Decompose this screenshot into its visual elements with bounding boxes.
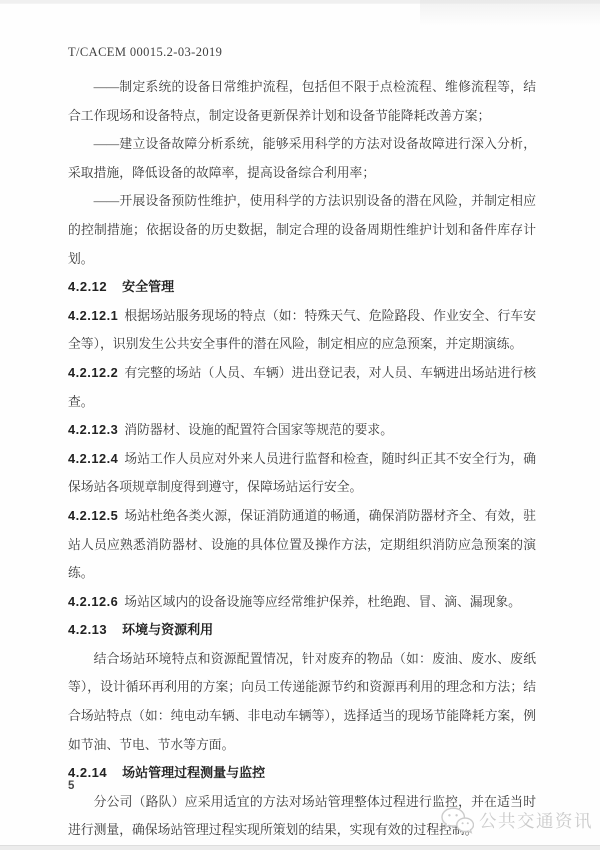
clause-paragraph: 4.2.12.5场站杜绝各类火源，保证消防通道的畅通，确保消防器材齐全、有效，驻…: [68, 502, 536, 588]
clause-text: 消防器材、设施的配置符合国家等规范的要求。: [124, 423, 393, 437]
watermark-label: 公共交通资讯: [479, 808, 593, 833]
section-number: 4.2.12: [68, 279, 107, 294]
clause-number: 4.2.12.6: [68, 594, 118, 609]
clause-number: 4.2.12.1: [68, 308, 118, 323]
document-page: T/CACEM 00015.2-03-2019 ——制定系统的设备日常维护流程，…: [0, 0, 600, 850]
clause-number: 4.2.12.3: [68, 422, 118, 437]
body-paragraph: 结合场站环境特点和资源配置情况，针对废弃的物品（如：废油、废水、废纸等），设计循…: [68, 645, 536, 759]
clause-number: 4.2.12.2: [68, 365, 118, 380]
page-number: 5: [68, 780, 74, 792]
section-title: 安全管理: [122, 279, 174, 294]
clause-paragraph: 4.2.12.4场站工作人员应对外来人员进行监督和检查，随时纠正其不安全行为，确…: [68, 445, 536, 502]
section-number: 4.2.13: [68, 622, 107, 637]
clause-text: 场站杜绝各类火源，保证消防通道的畅通，确保消防器材齐全、有效，驻站人员应熟悉消防…: [68, 509, 536, 580]
wechat-icon: [440, 806, 474, 835]
document-content: T/CACEM 00015.2-03-2019 ——制定系统的设备日常维护流程，…: [0, 0, 600, 845]
clause-paragraph: 4.2.12.6场站区域内的设备设施等应经常维护保养，杜绝跑、冒、滴、漏现象。: [68, 588, 536, 617]
section-heading: 4.2.14场站管理过程测量与监控: [68, 759, 536, 788]
dash-list-item: ——开展设备预防性维护，使用科学的方法识别设备的潜在风险，并制定相应的控制措施；…: [68, 187, 536, 273]
clause-paragraph: 4.2.12.1根据场站服务现场的特点（如：特殊天气、危险路段、作业安全、行车安…: [68, 302, 536, 359]
section-title: 环境与资源利用: [122, 622, 213, 637]
clause-number: 4.2.12.4: [68, 451, 118, 466]
clause-paragraph: 4.2.12.2有完整的场站（人员、车辆）进出登记表，对人员、车辆进出场站进行核…: [68, 359, 536, 416]
clause-text: 有完整的场站（人员、车辆）进出登记表，对人员、车辆进出场站进行核查。: [68, 366, 536, 409]
clause-text: 场站工作人员应对外来人员进行监督和检查，随时纠正其不安全行为，确保场站各项规章制…: [68, 452, 536, 495]
section-heading: 4.2.13环境与资源利用: [68, 616, 536, 645]
section-heading: 4.2.12安全管理: [68, 273, 536, 302]
section-number: 4.2.14: [68, 765, 107, 780]
scan-edge-bottom: [0, 845, 600, 850]
clause-text: 场站区域内的设备设施等应经常维护保养，杜绝跑、冒、滴、漏现象。: [124, 595, 521, 609]
clause-number: 4.2.12.5: [68, 508, 118, 523]
dash-list-item: ——制定系统的设备日常维护流程，包括但不限于点检流程、维修流程等，结合工作现场和…: [68, 73, 536, 130]
clause-paragraph: 4.2.12.3消防器材、设施的配置符合国家等规范的要求。: [68, 416, 536, 445]
dash-list-item: ——建立设备故障分析系统，能够采用科学的方法对设备故障进行深入分析，采取措施，降…: [68, 130, 536, 187]
section-title: 场站管理过程测量与监控: [122, 765, 265, 780]
clause-text: 根据场站服务现场的特点（如：特殊天气、危险路段、作业安全、行车安全等），识别发生…: [68, 309, 536, 352]
standard-number-header: T/CACEM 00015.2-03-2019: [68, 45, 536, 60]
watermark: 公共交通资讯: [440, 806, 593, 835]
